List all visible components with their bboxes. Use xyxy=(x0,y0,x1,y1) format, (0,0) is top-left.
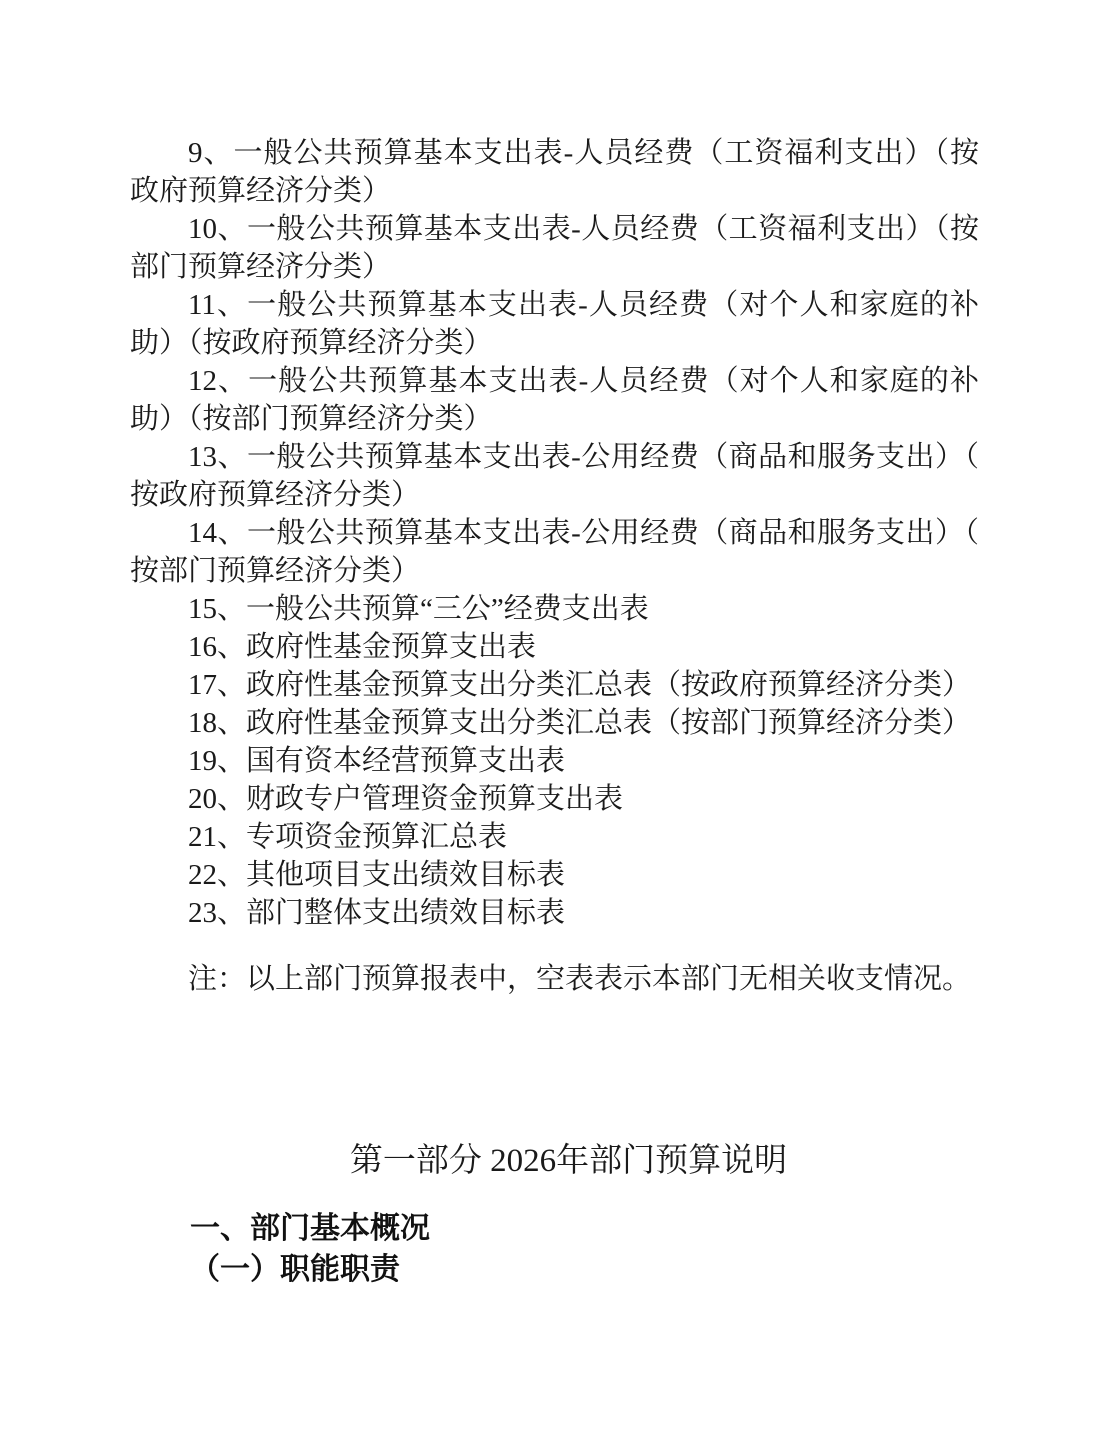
report-list-item: 21、专项资金预算汇总表 xyxy=(130,818,979,856)
report-list-item: 23、部门整体支出绩效目标表 xyxy=(130,894,979,932)
report-list-item: 19、国有资本经营预算支出表 xyxy=(130,742,979,780)
heading-department-basic-overview: 一、部门基本概况 xyxy=(130,1208,979,1249)
budget-report-table-list: 9、一般公共预算基本支出表-人员经费（工资福利支出）（按政府预算经济分类）10、… xyxy=(130,134,979,932)
report-list-item: 12、一般公共预算基本支出表-人员经费（对个人和家庭的补助）（按部门预算经济分类… xyxy=(130,362,979,438)
page-content: 9、一般公共预算基本支出表-人员经费（工资福利支出）（按政府预算经济分类）10、… xyxy=(0,0,1105,1290)
report-list-item: 17、政府性基金预算支出分类汇总表（按政府预算经济分类） xyxy=(130,666,979,704)
report-list-item: 13、一般公共预算基本支出表-公用经费（商品和服务支出）（按政府预算经济分类） xyxy=(130,438,979,514)
report-list-item: 15、一般公共预算“三公”经费支出表 xyxy=(130,590,979,628)
document-page: 9、一般公共预算基本支出表-人员经费（工资福利支出）（按政府预算经济分类）10、… xyxy=(0,0,1105,1430)
report-list-item: 10、一般公共预算基本支出表-人员经费（工资福利支出）（按部门预算经济分类） xyxy=(130,210,979,286)
heading-functions-and-duties: （一）职能职责 xyxy=(130,1249,979,1290)
report-list-item: 16、政府性基金预算支出表 xyxy=(130,628,979,666)
report-list-item: 11、一般公共预算基本支出表-人员经费（对个人和家庭的补助）（按政府预算经济分类… xyxy=(130,286,979,362)
report-list-item: 14、一般公共预算基本支出表-公用经费（商品和服务支出）（按部门预算经济分类） xyxy=(130,514,979,590)
report-list-item: 18、政府性基金预算支出分类汇总表（按部门预算经济分类） xyxy=(130,704,979,742)
report-list-item: 9、一般公共预算基本支出表-人员经费（工资福利支出）（按政府预算经济分类） xyxy=(130,134,979,210)
part-one-title: 第一部分 2026年部门预算说明 xyxy=(144,1138,993,1184)
empty-table-note: 注：以上部门预算报表中，空表表示本部门无相关收支情况。 xyxy=(130,960,979,998)
report-list-item: 22、其他项目支出绩效目标表 xyxy=(130,856,979,894)
report-list-item: 20、财政专户管理资金预算支出表 xyxy=(130,780,979,818)
